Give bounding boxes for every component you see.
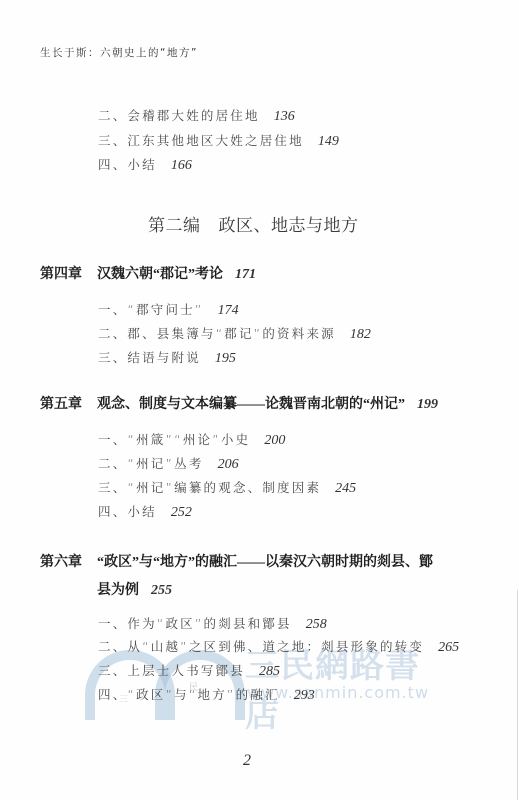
toc-section[interactable]: 三、结语与附说195 [98, 348, 236, 367]
section-label: 二、会稽郡大姓的居住地 [98, 108, 260, 123]
toc-section[interactable]: 四、“政区”与“地方”的融汇293 [98, 685, 315, 704]
running-head: 生长于斯：六朝史上的“地方” [40, 45, 198, 60]
chapter-title-line-2: 县为例 [97, 583, 139, 598]
toc-section[interactable]: 一、“州箴”“州论”小史200 [98, 430, 285, 449]
section-label: 二、“州记”丛考 [98, 456, 204, 471]
section-page: 258 [306, 617, 327, 632]
toc-section[interactable]: 二、郡、县集簿与“郡记”的资料来源182 [98, 324, 371, 343]
section-page: 293 [294, 688, 315, 703]
toc-section[interactable]: 二、会稽郡大姓的居住地136 [98, 106, 295, 125]
chapter-number: 第四章 [40, 263, 82, 283]
toc-chapter-4[interactable]: 第四章 汉魏六朝“郡记”考论171 [0, 263, 519, 283]
part-heading: 第二编政区、地志与地方 [148, 211, 359, 236]
chapter-page: 255 [151, 583, 172, 598]
section-label: 三、江东其他地区大姓之居住地 [98, 133, 304, 148]
section-page: 195 [215, 351, 236, 366]
chapter-page: 199 [417, 397, 438, 412]
section-page: 252 [171, 505, 192, 520]
toc-chapter-5[interactable]: 第五章 观念、制度与文本编纂——论魏晋南北朝的“州记”199 [0, 393, 519, 413]
section-page: 265 [438, 640, 459, 655]
chapter-title: 汉魏六朝“郡记”考论 [97, 267, 223, 282]
toc-section[interactable]: 一、作为“政区”的剡县和鄮县258 [98, 614, 327, 633]
section-page: 136 [274, 109, 295, 124]
section-label: 一、“州箴”“州论”小史 [98, 432, 250, 447]
page-number: 2 [243, 752, 251, 770]
section-label: 四、小结 [98, 157, 157, 172]
toc-section[interactable]: 三、上层士人书写鄮县285 [98, 661, 280, 680]
section-page: 200 [264, 433, 285, 448]
section-label: 四、小结 [98, 504, 157, 519]
book-page: 三 民 三民網路書店 www.sanmin.com.tw 生长于斯：六朝史上的“… [0, 0, 519, 800]
section-label: 一、“郡守问士” [98, 302, 204, 317]
toc-section[interactable]: 二、“州记”丛考206 [98, 454, 239, 473]
section-label: 一、作为“政区”的剡县和鄮县 [98, 616, 292, 631]
toc-section[interactable]: 二、从“山越”之区到佛、道之地：剡县形象的转变265 [98, 637, 459, 656]
section-label: 三、上层士人书写鄮县 [98, 663, 245, 678]
toc-section[interactable]: 一、“郡守问士”174 [98, 300, 239, 319]
section-label: 二、从“山越”之区到佛、道之地：剡县形象的转变 [98, 639, 424, 654]
chapter-title-line-1: “政区”与“地方”的融汇——以秦汉六朝时期的剡县、鄮 [97, 551, 433, 571]
section-label: 三、结语与附说 [98, 350, 201, 365]
section-page: 285 [259, 664, 280, 679]
section-page: 182 [350, 327, 371, 342]
part-number: 第二编 [148, 216, 201, 235]
part-title: 政区、地志与地方 [219, 216, 359, 235]
toc-content: 生长于斯：六朝史上的“地方” 二、会稽郡大姓的居住地136 三、江东其他地区大姓… [0, 0, 519, 800]
toc-section[interactable]: 四、小结252 [98, 502, 192, 521]
section-label: 四、“政区”与“地方”的融汇 [98, 687, 280, 702]
section-page: 206 [218, 457, 239, 472]
section-page: 174 [218, 303, 239, 318]
toc-section[interactable]: 四、小结166 [98, 155, 192, 174]
chapter-page: 171 [235, 267, 256, 282]
toc-section[interactable]: 三、“州记”编纂的观念、制度因素245 [98, 478, 356, 497]
toc-section[interactable]: 三、江东其他地区大姓之居住地149 [98, 131, 339, 150]
toc-chapter-6[interactable]: 第六章 “政区”与“地方”的融汇——以秦汉六朝时期的剡县、鄮 县为例255 [0, 551, 519, 599]
chapter-title: 观念、制度与文本编纂——论魏晋南北朝的“州记” [97, 397, 405, 412]
section-page: 245 [335, 481, 356, 496]
section-label: 二、郡、县集簿与“郡记”的资料来源 [98, 326, 336, 341]
chapter-number: 第六章 [40, 551, 82, 571]
section-page: 166 [171, 158, 192, 173]
section-label: 三、“州记”编纂的观念、制度因素 [98, 480, 321, 495]
section-page: 149 [318, 134, 339, 149]
chapter-number: 第五章 [40, 393, 82, 413]
